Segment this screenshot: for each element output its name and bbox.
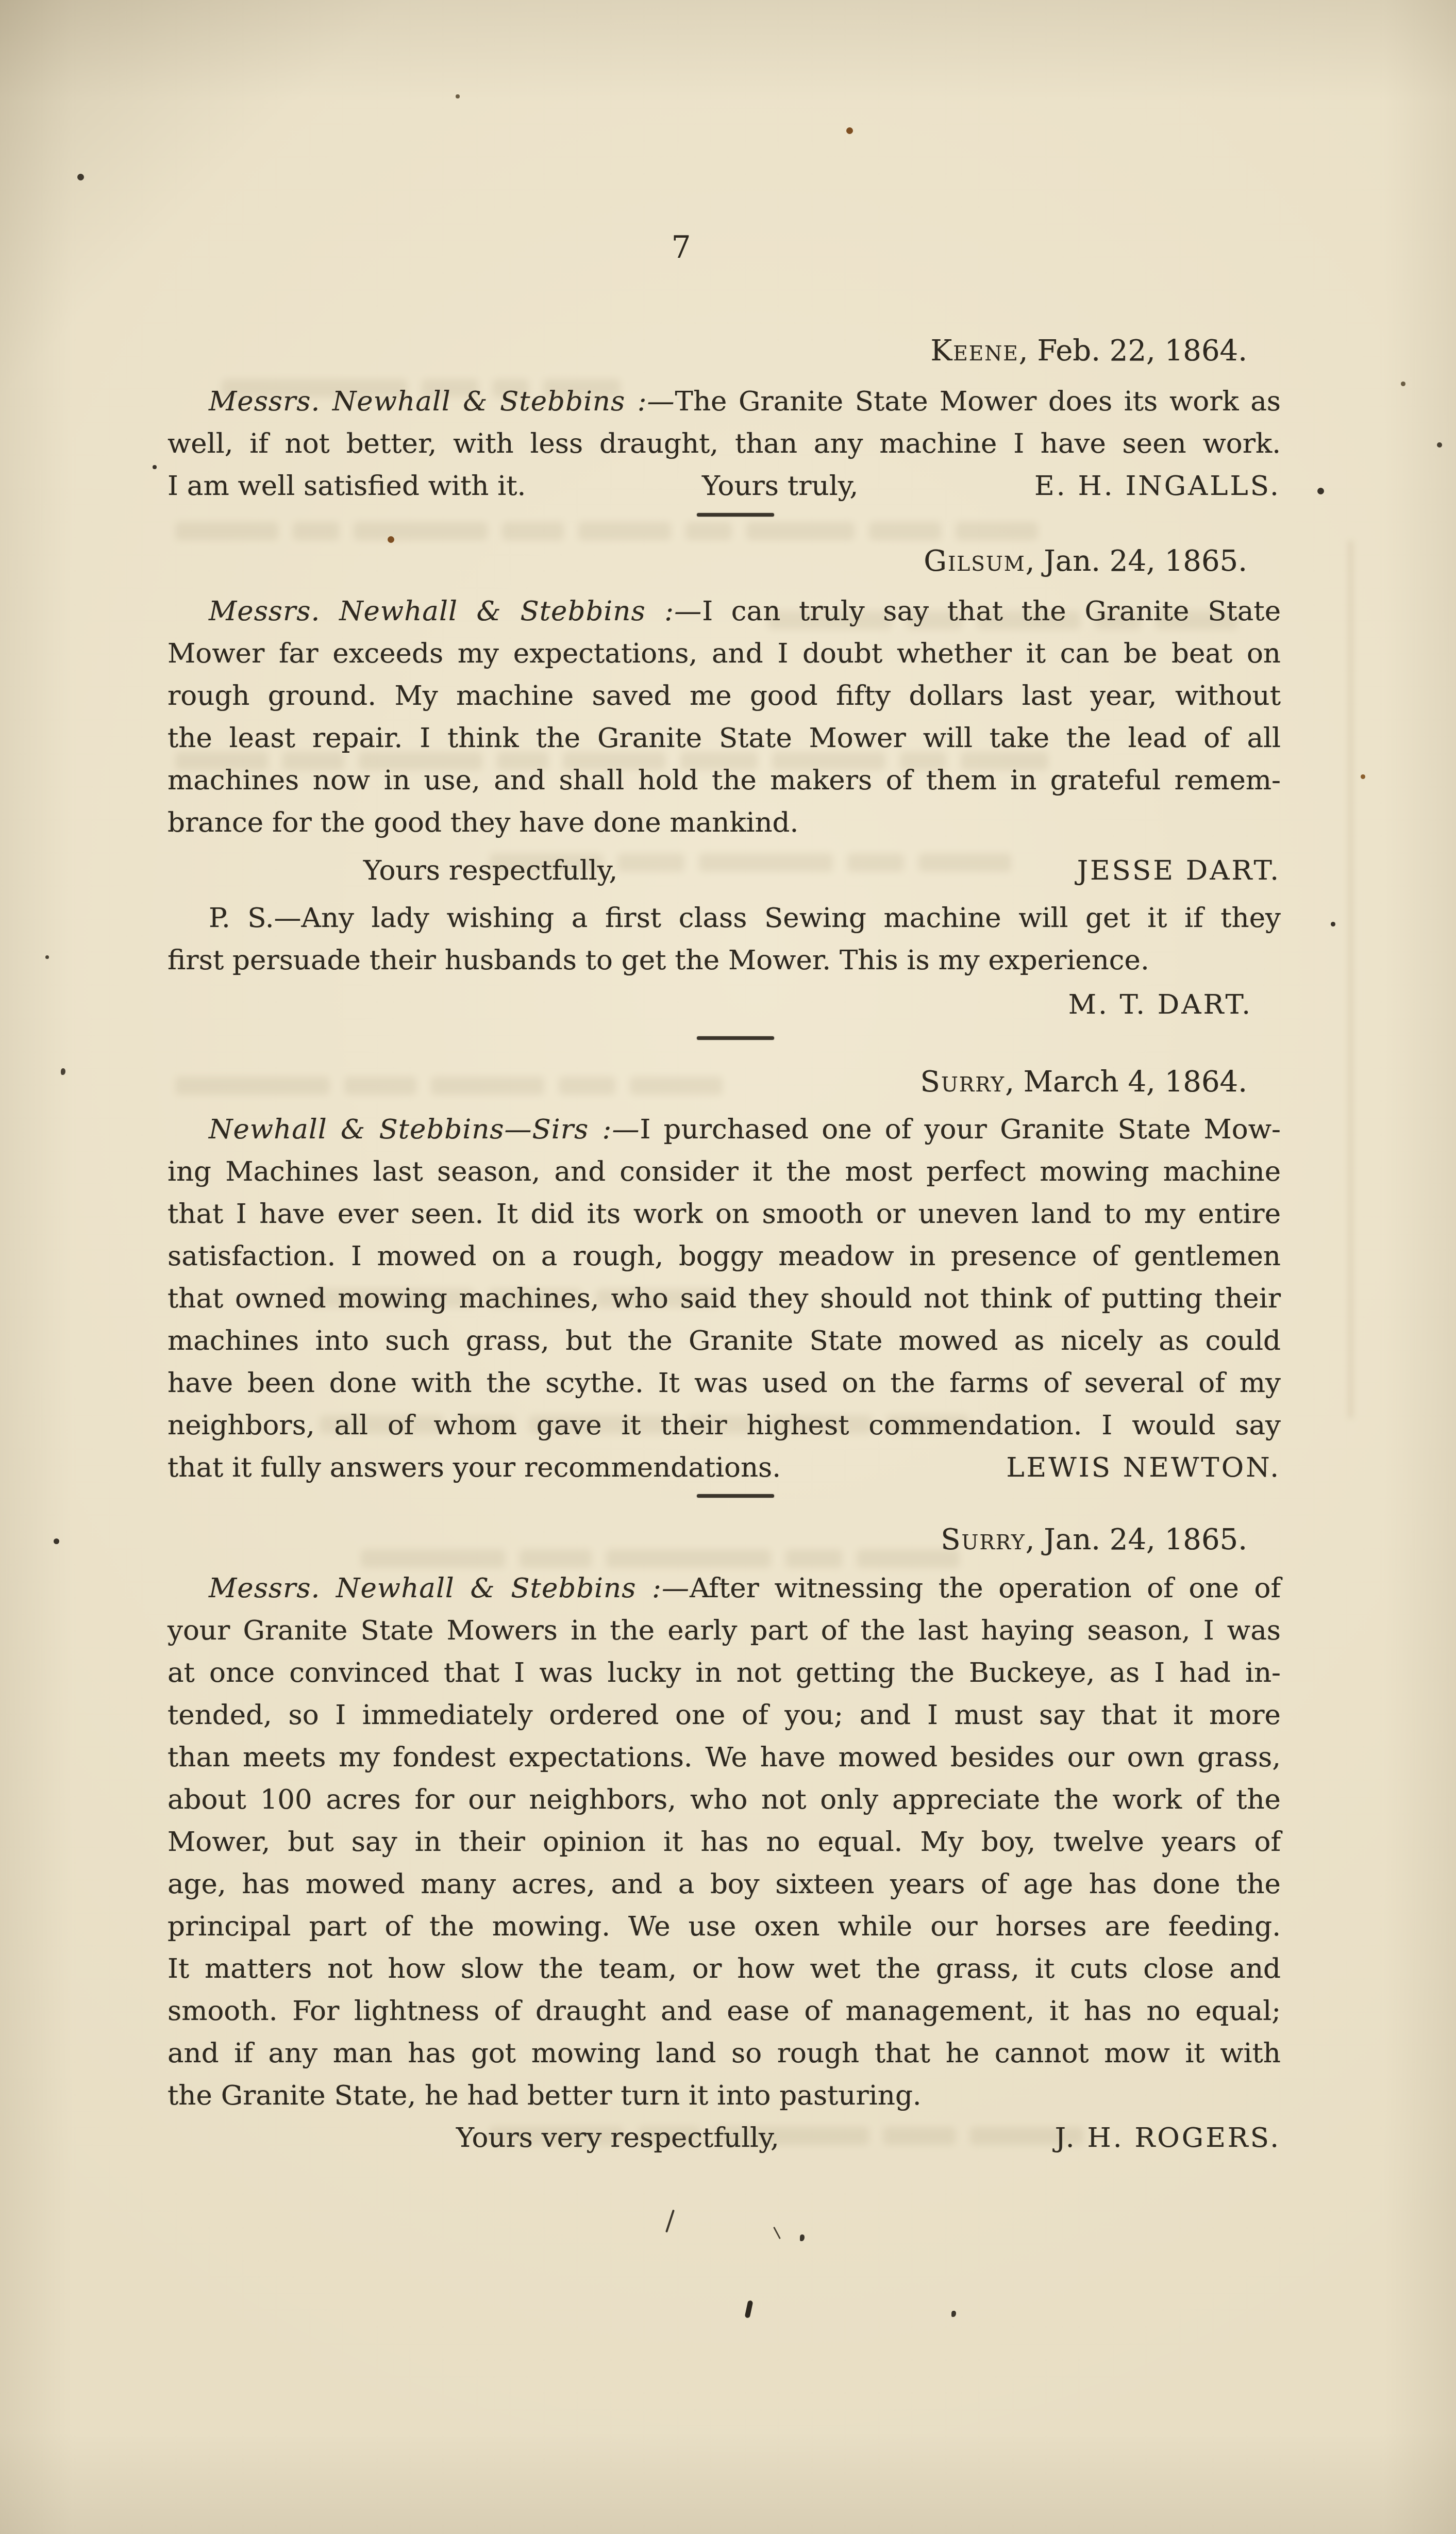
ink-dot: [153, 465, 157, 469]
letter-signature: M. T. DART.: [1068, 989, 1252, 1020]
letter-signoff: Yours truly,: [702, 465, 858, 507]
letter-line-text: satisfaction. I mowed on a rough, boggy …: [168, 1240, 1281, 1272]
section-divider: [697, 1494, 774, 1498]
letter-line-text: After witnessing the operation of one of: [690, 1572, 1281, 1604]
letter-line: machines now in use, and shall hold the …: [168, 759, 1281, 802]
letter-dateline: Gilsum, Jan. 24, 1865.: [168, 540, 1281, 583]
letter-line-text: P. S.—Any lady wishing a first class Sew…: [209, 902, 1281, 934]
letter-line: Mower, but say in their opinion it has n…: [168, 1821, 1281, 1863]
letter-line: than meets my fondest expectations. We h…: [168, 1736, 1281, 1779]
letter-signature: J. H. ROGERS.: [1055, 2117, 1281, 2159]
letter-line: your Granite State Mowers in the early p…: [168, 1610, 1281, 1652]
letter-line-text: machines now in use, and shall hold the …: [168, 765, 1281, 796]
letter-line-text: the least repair. I think the Granite St…: [168, 722, 1281, 754]
letter-salutation: Messrs. Newhall & Stebbins :—: [209, 386, 675, 417]
letter-line: age, has mowed many acres, and a boy six…: [168, 1863, 1281, 1906]
letter-line-text: have been done with the scythe. It was u…: [168, 1367, 1281, 1399]
bleedthrough-smudge: [175, 522, 1052, 540]
letter-line-text: about 100 acres for our neighbors, who n…: [168, 1784, 1281, 1815]
letter-date: , March 4, 1864.: [1005, 1065, 1247, 1099]
paper-speck: [846, 127, 853, 134]
letter-line-text: The Granite State Mower does its work as: [675, 386, 1281, 417]
letter-place: Gilsum: [924, 544, 1026, 578]
ink-dot: [1331, 922, 1335, 926]
letter-line: It matters not how slow the team, or how…: [168, 1948, 1281, 1990]
letter-line-text: that owned mowing machines, who said the…: [168, 1283, 1281, 1314]
letter-line-text: ing Machines last season, and consider i…: [168, 1156, 1281, 1187]
letter-line: principal part of the mowing. We use oxe…: [168, 1906, 1281, 1948]
paper-speck: [1437, 442, 1442, 448]
paper-speck: [45, 955, 49, 959]
letter-line-text: machines into such grass, but the Granit…: [168, 1325, 1281, 1356]
page-number: 7: [661, 229, 702, 266]
letter-line: rough ground. My machine saved me good f…: [168, 675, 1281, 717]
paper-speck: [1361, 774, 1365, 779]
letter-signoff: Yours respectfully,: [363, 850, 617, 892]
letter-line: Newhall & Stebbins—Sirs :—I purchased on…: [168, 1108, 1281, 1151]
letter-line: ing Machines last season, and consider i…: [168, 1151, 1281, 1193]
letter-line-text: age, has mowed many acres, and a boy six…: [168, 1868, 1281, 1900]
letter-line-text: I am well satisfied with it.: [168, 465, 526, 507]
stray-pen-stroke: [773, 2227, 781, 2239]
letter-dateline: Surry, March 4, 1864.: [168, 1061, 1281, 1103]
letter-dateline: Keene, Feb. 22, 1864.: [168, 330, 1281, 372]
letter-dateline: Surry, Jan. 24, 1865.: [168, 1519, 1281, 1561]
letter-place: Surry: [941, 1523, 1026, 1556]
letter-line: well, if not better, with less draught, …: [168, 423, 1281, 465]
letter-date: , Feb. 22, 1864.: [1019, 334, 1247, 368]
letter-line-text: Mower, but say in their opinion it has n…: [168, 1826, 1281, 1858]
letter-line-text: smooth. For lightness of draught and eas…: [168, 1995, 1281, 2027]
letter-line: about 100 acres for our neighbors, who n…: [168, 1779, 1281, 1821]
section-divider: [697, 1036, 774, 1040]
letter-ps-line: first persuade their husbands to get the…: [168, 939, 1281, 982]
ink-dot: [54, 1538, 59, 1544]
letter-signoff-line: that it fully answers your recommendatio…: [168, 1447, 1281, 1489]
letter-line-text: your Granite State Mowers in the early p…: [168, 1615, 1281, 1646]
letter-place: Surry: [921, 1065, 1006, 1099]
letter-line: smooth. For lightness of draught and eas…: [168, 1990, 1281, 2032]
letter-line-text: brance for the good they have done manki…: [168, 807, 798, 838]
letter-date: , Jan. 24, 1865.: [1026, 544, 1247, 578]
letter-line: neighbors, all of whom gave it their hig…: [168, 1404, 1281, 1447]
ink-mark: [745, 2300, 754, 2318]
letter-line-text: that it fully answers your recommendatio…: [168, 1447, 781, 1489]
letter-ps-line: P. S.—Any lady wishing a first class Sew…: [168, 897, 1281, 939]
letter-line-text: at once convinced that I was lucky in no…: [168, 1657, 1281, 1688]
letter-line: satisfaction. I mowed on a rough, boggy …: [168, 1235, 1281, 1278]
letter-line: the least repair. I think the Granite St…: [168, 717, 1281, 759]
letter-line-text: and if any man has got mowing land so ro…: [168, 2038, 1281, 2069]
letter-line-text: I purchased one of your Granite State Mo…: [640, 1114, 1281, 1145]
letter-ps-signature-line: M. T. DART.: [168, 984, 1281, 1026]
letter-line: and if any man has got mowing land so ro…: [168, 2032, 1281, 2075]
letter-line: Messrs. Newhall & Stebbins :—After witne…: [168, 1567, 1281, 1610]
letter-line: that owned mowing machines, who said the…: [168, 1278, 1281, 1320]
letter-line-text: than meets my fondest expectations. We h…: [168, 1742, 1281, 1773]
letter-line-text: well, if not better, with less draught, …: [168, 428, 1281, 459]
ink-mark: [61, 1068, 65, 1075]
letter-line-text: I can truly say that the Granite State: [702, 595, 1281, 627]
letter-line: Messrs. Newhall & Stebbins :—The Granite…: [168, 380, 1281, 423]
letter-date: , Jan. 24, 1865.: [1026, 1523, 1247, 1556]
letter-line-text: Mower far exceeds my expectations, and I…: [168, 638, 1281, 669]
paper-speck: [456, 94, 460, 98]
letter-signoff-line: I am well satisfied with it. Yours truly…: [168, 465, 1281, 507]
ink-mark: [951, 2311, 956, 2317]
letter-salutation: Newhall & Stebbins—Sirs :—: [209, 1114, 640, 1145]
letter-line: that I have ever seen. It did its work o…: [168, 1193, 1281, 1235]
ink-mark: [800, 2234, 805, 2241]
paper-speck: [1401, 382, 1405, 386]
letter-signoff-line: Yours very respectfully, J. H. ROGERS.: [168, 2117, 1281, 2159]
letter-signoff: Yours very respectfully,: [456, 2117, 779, 2159]
stray-pen-stroke: [665, 2210, 675, 2233]
letter-salutation: Messrs. Newhall & Stebbins :—: [209, 1572, 690, 1604]
letter-line-text: neighbors, all of whom gave it their hig…: [168, 1410, 1281, 1441]
scanned-document-page: 7 Keene, Feb. 22, 1864. Messrs. Newhall …: [0, 0, 1456, 2534]
letter-line: brance for the good they have done manki…: [168, 802, 1281, 844]
letter-line-text: rough ground. My machine saved me good f…: [168, 680, 1281, 711]
letter-line: machines into such grass, but the Granit…: [168, 1320, 1281, 1362]
letter-line: Messrs. Newhall & Stebbins :—I can truly…: [168, 590, 1281, 633]
letter-signoff-line: Yours respectfully, JESSE DART.: [168, 850, 1281, 892]
letter-salutation: Messrs. Newhall & Stebbins :—: [209, 595, 702, 627]
paper-crease: [1348, 541, 1353, 1418]
letter-line-text: tended, so I immediately ordered one of …: [168, 1699, 1281, 1731]
paper-speck: [77, 174, 84, 180]
letter-line: have been done with the scythe. It was u…: [168, 1362, 1281, 1404]
paper-speck: [388, 536, 394, 543]
letter-place: Keene: [930, 334, 1018, 368]
ink-dot: [1317, 488, 1324, 494]
letter-line-text: first persuade their husbands to get the…: [168, 945, 1149, 976]
letter-signature: JESSE DART.: [1077, 850, 1281, 892]
letter-line: the Granite State, he had better turn it…: [168, 2075, 1281, 2117]
letter-line: at once convinced that I was lucky in no…: [168, 1652, 1281, 1694]
letter-signature: E. H. INGALLS.: [1034, 465, 1281, 507]
letter-line-text: the Granite State, he had better turn it…: [168, 2080, 922, 2111]
letter-line-text: principal part of the mowing. We use oxe…: [168, 1911, 1281, 1942]
letter-line-text: It matters not how slow the team, or how…: [168, 1953, 1281, 1984]
letter-line-text: that I have ever seen. It did its work o…: [168, 1198, 1281, 1230]
letter-line: Mower far exceeds my expectations, and I…: [168, 633, 1281, 675]
letter-signature: LEWIS NEWTON.: [1006, 1447, 1281, 1489]
section-divider: [697, 513, 774, 517]
letter-line: tended, so I immediately ordered one of …: [168, 1694, 1281, 1736]
